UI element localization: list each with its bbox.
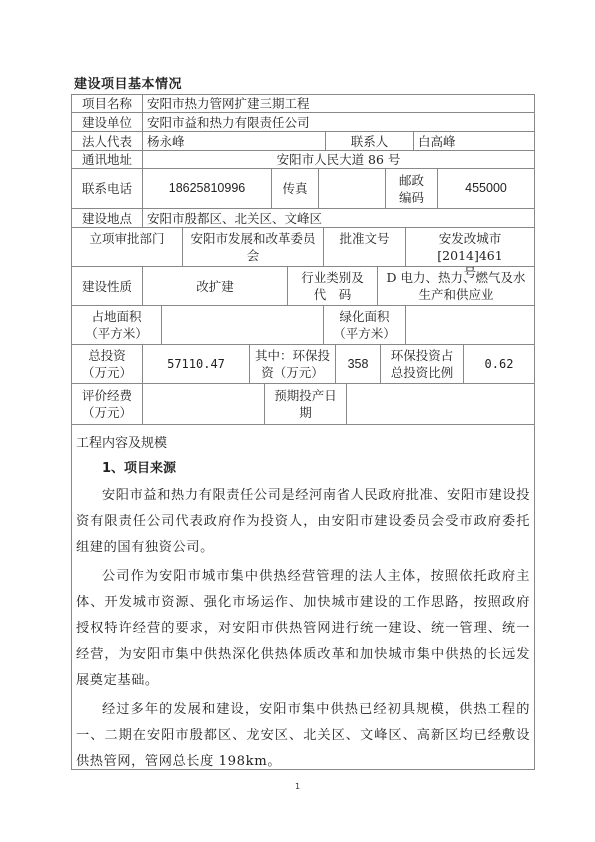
value-address: 安阳市人民大道 86 号	[142, 151, 534, 168]
label-address: 通讯地址	[72, 151, 142, 168]
value-env-investment: 358	[335, 345, 380, 383]
project-info-table: 项目名称 安阳市热力管网扩建三期工程 建设单位 安阳市益和热力有限责任公司 法人…	[71, 94, 535, 770]
row-area: 占地面积（平方米） 绿化面积（平方米）	[71, 305, 535, 344]
label-env-ratio: 环保投资占总投资比例	[380, 345, 463, 383]
label-legal-rep: 法人代表	[72, 132, 142, 150]
row-investment: 总投资（万元） 57110.47 其中：环保投资（万元） 358 环保投资占总投…	[71, 344, 535, 383]
label-nature: 建设性质	[72, 267, 142, 305]
label-approval-dept: 立项审批部门	[72, 228, 182, 266]
value-total-investment: 57110.47	[142, 345, 249, 383]
label-location: 建设地点	[72, 209, 142, 227]
value-postal: 455000	[437, 169, 534, 208]
label-green-area: 绿化面积（平方米）	[323, 306, 405, 344]
row-address: 通讯地址 安阳市人民大道 86 号	[71, 150, 535, 168]
value-nature: 改扩建	[142, 267, 287, 305]
page-number: 1	[0, 782, 595, 791]
value-green-area	[405, 306, 534, 344]
row-approval: 立项审批部门 安阳市发展和改革委员会 批准文号 安发改城市[2014]461 号	[71, 227, 535, 266]
label-production-date: 预期投产日期	[264, 384, 346, 424]
label-industry: 行业类别及代 码	[287, 267, 377, 305]
subheading-project-source: 1、项目来源	[76, 455, 530, 483]
row-construction-unit: 建设单位 安阳市益和热力有限责任公司	[71, 112, 535, 131]
content-heading: 工程内容及规模	[76, 433, 530, 455]
env-ratio-number: 0.62	[485, 356, 514, 373]
label-contact: 联系人	[325, 132, 413, 150]
row-nature: 建设性质 改扩建 行业类别及代 码 D 电力、热力、燃气及水生产和供应业	[71, 266, 535, 305]
row-phone: 联系电话 18625810996 传真 邮政编码 455000	[71, 168, 535, 208]
label-project-name: 项目名称	[72, 95, 142, 112]
row-project-name: 项目名称 安阳市热力管网扩建三期工程	[71, 94, 535, 112]
label-postal: 邮政编码	[385, 169, 437, 208]
value-legal-rep: 杨永峰	[142, 132, 325, 150]
label-env-investment: 其中：环保投资（万元）	[249, 345, 335, 383]
project-content-section: 工程内容及规模 1、项目来源 安阳市益和热力有限责任公司是经河南省人民政府批准、…	[71, 424, 535, 770]
value-industry: D 电力、热力、燃气及水生产和供应业	[377, 267, 534, 305]
total-investment-number: 57110.47	[167, 356, 225, 373]
value-project-name: 安阳市热力管网扩建三期工程	[142, 95, 534, 112]
env-investment-number: 358	[348, 356, 369, 373]
paragraph-3: 经过多年的发展和建设，安阳市集中供热已经初具规模，供热工程的一、二期在安阳市殷都…	[76, 697, 530, 775]
paragraph-2: 公司作为安阳市城市集中供热经营管理的法人主体，按照依托政府主体、开发城市资源、强…	[76, 564, 530, 694]
paragraph-1: 安阳市益和热力有限责任公司是经河南省人民政府批准、安阳市建设投资有限责任公司代表…	[76, 483, 530, 561]
row-location: 建设地点 安阳市殷都区、北关区、文峰区	[71, 208, 535, 227]
value-approval-doc: 安发改城市[2014]461 号	[405, 228, 534, 266]
label-phone: 联系电话	[72, 169, 142, 208]
value-location: 安阳市殷都区、北关区、文峰区	[142, 209, 534, 227]
value-fax	[318, 169, 385, 208]
label-land-area: 占地面积（平方米）	[72, 306, 161, 344]
label-approval-doc: 批准文号	[323, 228, 405, 266]
value-eval-fee	[142, 384, 264, 424]
label-eval-fee: 评价经费（万元）	[72, 384, 142, 424]
value-env-ratio: 0.62	[463, 345, 534, 383]
phone-number: 18625810996	[169, 180, 245, 197]
value-construction-unit: 安阳市益和热力有限责任公司	[142, 113, 534, 131]
value-approval-dept: 安阳市发展和改革委员会	[182, 228, 323, 266]
label-fax: 传真	[271, 169, 318, 208]
row-evaluation: 评价经费（万元） 预期投产日期	[71, 383, 535, 424]
section-title: 建设项目基本情况	[74, 73, 182, 92]
value-contact: 白高峰	[413, 132, 534, 150]
value-land-area	[161, 306, 323, 344]
value-phone: 18625810996	[142, 169, 271, 208]
postal-code: 455000	[465, 180, 507, 197]
label-construction-unit: 建设单位	[72, 113, 142, 131]
label-total-investment: 总投资（万元）	[72, 345, 142, 383]
value-production-date	[346, 384, 534, 424]
row-legal-rep: 法人代表 杨永峰 联系人 白高峰	[71, 131, 535, 150]
